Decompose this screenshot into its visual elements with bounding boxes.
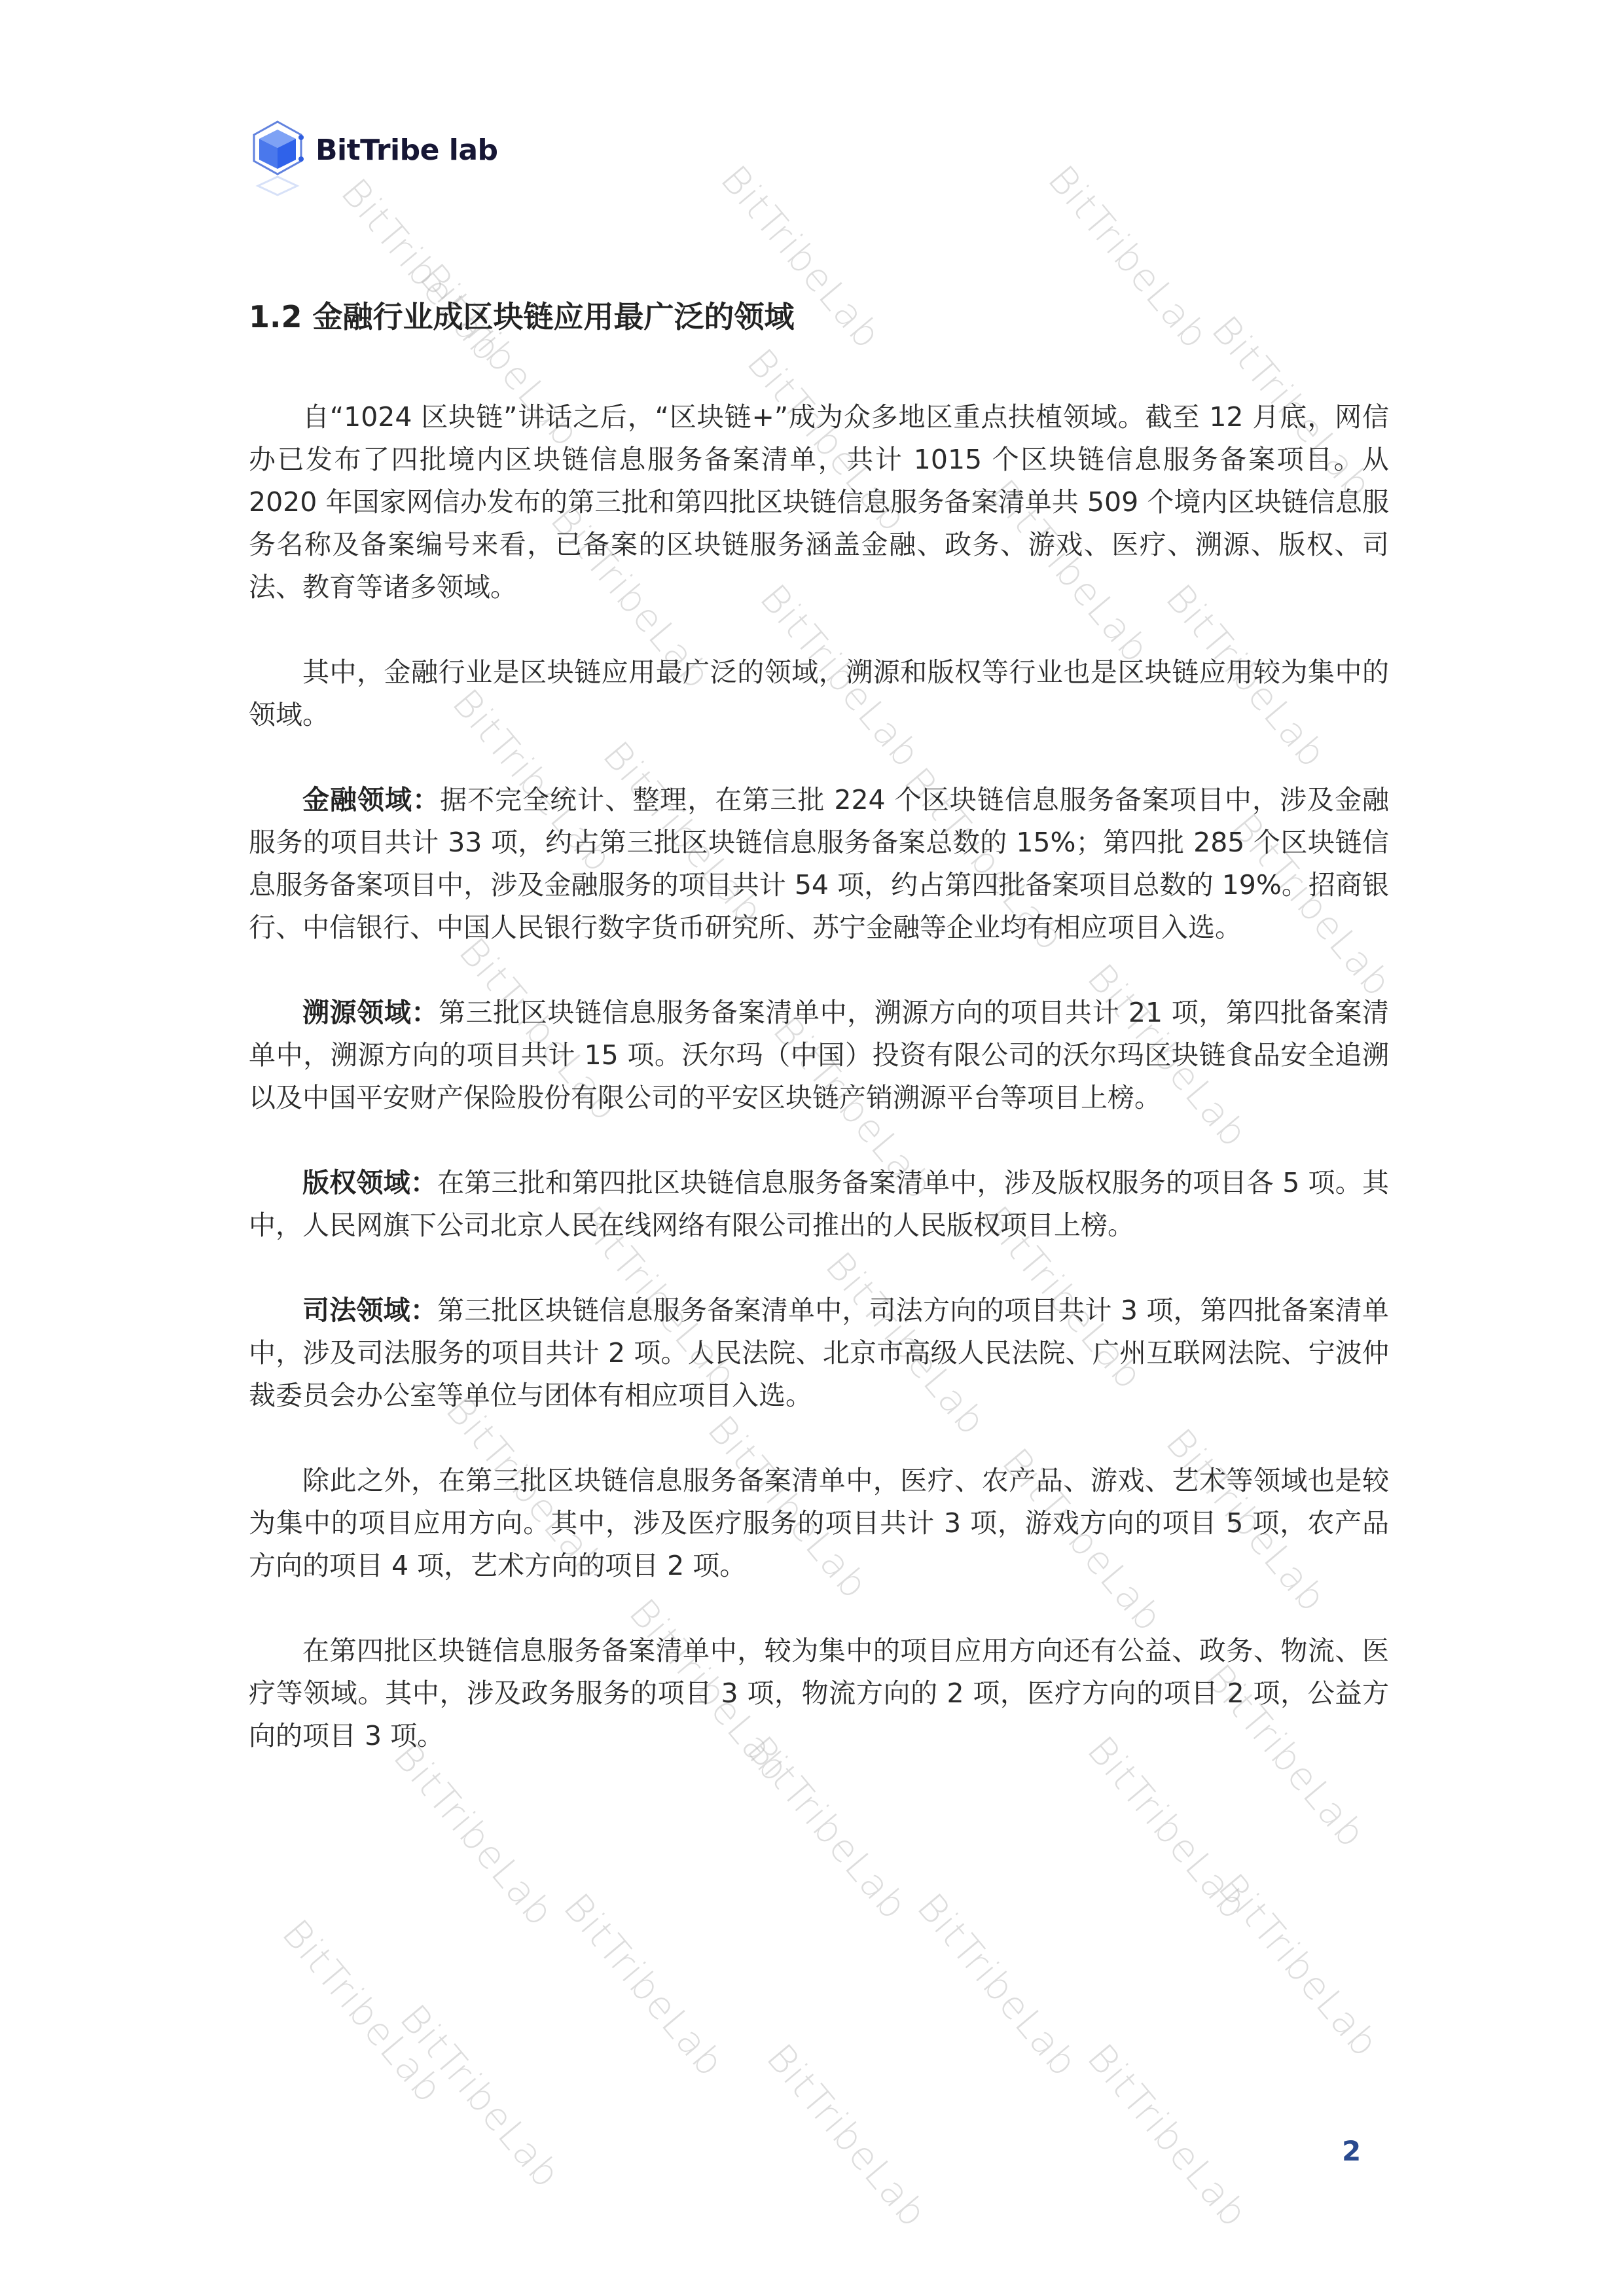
- paragraph-finance: 金融领域：据不完全统计、整理，在第三批 224 个区块链信息服务备案项目中，涉及…: [249, 779, 1389, 949]
- watermark-text: BitTribeLab: [909, 1885, 1087, 2085]
- document-body: 1.2 金融行业成区块链应用最广泛的领域 自“1024 区块链”讲话之后，“区块…: [249, 298, 1389, 1800]
- paragraph-text: 除此之外，在第三批区块链信息服务备案清单中，医疗、农产品、游戏、艺术等领域也是较…: [249, 1465, 1389, 1581]
- paragraph-lead: 溯源领域：: [302, 997, 439, 1028]
- paragraph-copyright: 版权领域：在第三批和第四批区块链信息服务备案清单中，涉及版权服务的项目各 5 项…: [249, 1162, 1389, 1247]
- paragraph-text: 在第四批区块链信息服务备案清单中，较为集中的项目应用方向还有公益、政务、物流、医…: [249, 1635, 1389, 1751]
- paragraph-intro: 自“1024 区块链”讲话之后，“区块链+”成为众多地区重点扶植领域。截至 12…: [249, 396, 1389, 609]
- paragraph-text: 自“1024 区块链”讲话之后，“区块链+”成为众多地区重点扶植领域。截至 12…: [249, 401, 1389, 603]
- watermark-text: BitTribeLab: [555, 1885, 733, 2085]
- watermark-text: BitTribeLab: [1079, 2036, 1257, 2236]
- watermark-text: BitTribeLab: [274, 1911, 452, 2111]
- paragraph-judicial: 司法领域：第三批区块链信息服务备案清单中，司法方向的项目共计 3 项，第四批备案…: [249, 1289, 1389, 1417]
- section-title: 1.2 金融行业成区块链应用最广泛的领域: [249, 298, 1389, 337]
- paragraph-text: 其中，金融行业是区块链应用最广泛的领域，溯源和版权等行业也是区块链应用较为集中的…: [249, 656, 1389, 730]
- page-number: 2: [1342, 2135, 1361, 2167]
- paragraph-lead: 版权领域：: [302, 1167, 437, 1198]
- paragraph-other-batch3: 除此之外，在第三批区块链信息服务备案清单中，医疗、农产品、游戏、艺术等领域也是较…: [249, 1460, 1389, 1587]
- watermark-text: BitTribeLab: [391, 1996, 569, 2197]
- cube-icon: [249, 118, 306, 196]
- paragraph-lead: 司法领域：: [302, 1295, 437, 1326]
- watermark-text: BitTribeLab: [1210, 1865, 1388, 2066]
- brand-logo: BitTribe lab: [249, 118, 498, 196]
- paragraph-lead: 金融领域：: [302, 784, 440, 816]
- paragraph-traceability: 溯源领域：第三批区块链信息服务备案清单中，溯源方向的项目共计 21 项，第四批备…: [249, 992, 1389, 1119]
- watermark-text: BitTribeLab: [758, 2036, 936, 2236]
- paragraph-summary: 其中，金融行业是区块链应用最广泛的领域，溯源和版权等行业也是区块链应用较为集中的…: [249, 651, 1389, 736]
- brand-name: BitTribe lab: [316, 134, 498, 167]
- paragraph-other-batch4: 在第四批区块链信息服务备案清单中，较为集中的项目应用方向还有公益、政务、物流、医…: [249, 1630, 1389, 1757]
